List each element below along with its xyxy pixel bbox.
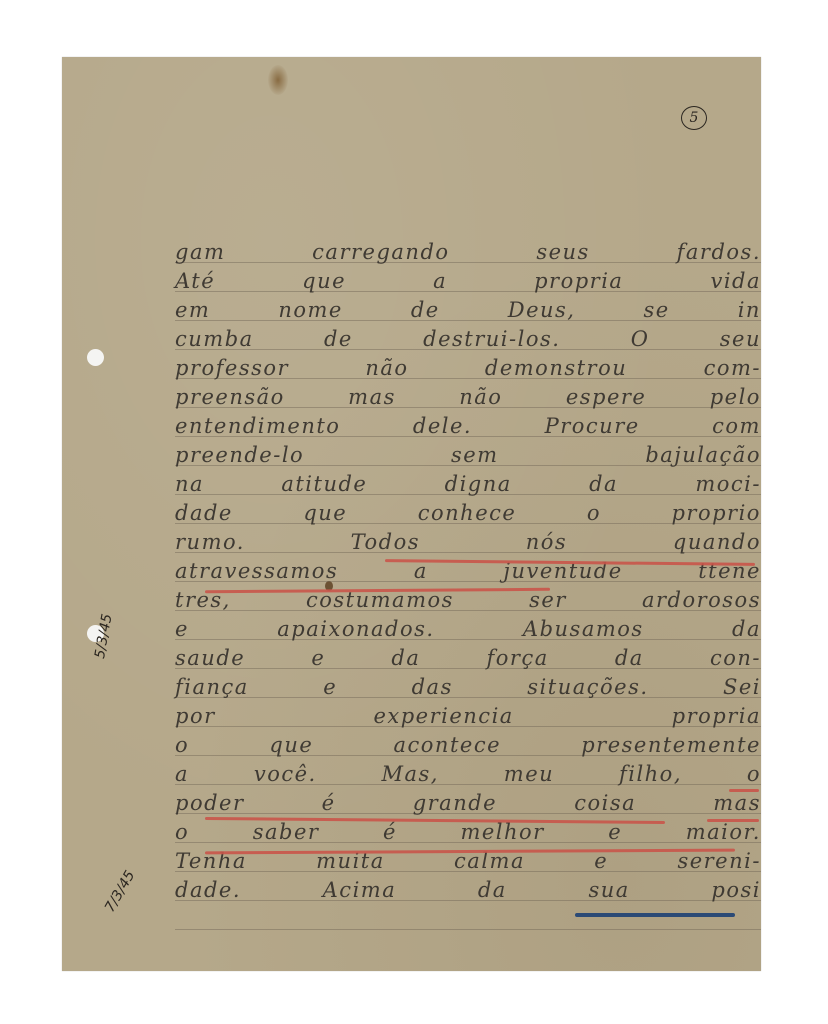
- text-line: preensãomasnãoesperepelo: [175, 380, 761, 409]
- word: e: [594, 849, 608, 873]
- word: quando: [673, 530, 761, 554]
- ruled-line: [175, 929, 761, 930]
- word: pelo: [710, 385, 761, 409]
- word: mas: [713, 791, 761, 815]
- stain-mark: [268, 65, 288, 95]
- word: saber: [253, 820, 320, 844]
- word: apaixonados.: [277, 617, 434, 641]
- text-line: avocê.Mas,meufilho,o: [175, 757, 761, 786]
- word: o: [587, 501, 601, 525]
- word: se: [643, 298, 669, 322]
- word: o: [747, 762, 761, 786]
- word: e: [311, 646, 325, 670]
- word: poder: [175, 791, 245, 815]
- text-line: gamcarregandoseusfardos.: [175, 235, 761, 264]
- word: carregando: [312, 240, 449, 264]
- word: saude: [175, 646, 245, 670]
- word: ser: [529, 588, 567, 612]
- word: espere: [566, 385, 647, 409]
- word: destrui-los.: [423, 327, 560, 351]
- word: Procure: [545, 414, 640, 438]
- word: experiencia: [373, 704, 513, 728]
- word: professor: [175, 356, 289, 380]
- text-line: emnomedeDeus,sein: [175, 293, 761, 322]
- word: da: [732, 617, 761, 641]
- word: das: [412, 675, 453, 699]
- blue-underline-posi: [575, 913, 735, 917]
- word: rumo.: [175, 530, 245, 554]
- text-line: dade.Acimadasuaposi: [175, 873, 761, 902]
- word: con-: [710, 646, 761, 670]
- word: grande: [413, 791, 497, 815]
- text-line: Atéqueapropriavida: [175, 264, 761, 293]
- word: Todos: [351, 530, 420, 554]
- word: é: [322, 791, 336, 815]
- word: Acima: [323, 878, 397, 902]
- word: dade: [175, 501, 233, 525]
- word: atitude: [281, 472, 367, 496]
- text-line: dadequeconheceoproprio: [175, 496, 761, 525]
- word: mas: [348, 385, 396, 409]
- word: nome: [278, 298, 343, 322]
- word: que: [269, 733, 313, 757]
- word: não: [459, 385, 502, 409]
- word: com-: [704, 356, 761, 380]
- text-line: tres,costumamosserardorosos: [175, 583, 761, 612]
- word: é: [383, 820, 397, 844]
- word: ardorosos: [642, 588, 761, 612]
- word: na: [175, 472, 204, 496]
- word: bajulação: [645, 443, 761, 467]
- word: e: [323, 675, 337, 699]
- word: o: [175, 820, 189, 844]
- word: não: [365, 356, 408, 380]
- word: de: [411, 298, 440, 322]
- word: coisa: [574, 791, 636, 815]
- word: dade.: [175, 878, 241, 902]
- word: entendimento: [175, 414, 340, 438]
- punch-hole-upper: [87, 349, 104, 366]
- word: da: [615, 646, 644, 670]
- word: o: [175, 733, 189, 757]
- word: fardos.: [677, 240, 761, 264]
- word: seus: [536, 240, 590, 264]
- margin-date-1: 5/3/45: [92, 613, 116, 660]
- word: a: [414, 559, 428, 583]
- word: da: [589, 472, 618, 496]
- red-underline-o: [729, 789, 759, 792]
- word: força: [486, 646, 548, 670]
- text-line: atravessamosajuventudettene: [175, 554, 761, 583]
- text-line: eapaixonados.Abusamosda: [175, 612, 761, 641]
- text-line: oqueacontecepresentemente: [175, 728, 761, 757]
- page-number: 5: [681, 106, 707, 130]
- text-line: poderégrandecoisamas: [175, 786, 761, 815]
- word: proprio: [671, 501, 760, 525]
- word: preende-lo: [175, 443, 304, 467]
- word: fiança: [175, 675, 249, 699]
- text-line: rumo.Todosnósquando: [175, 525, 761, 554]
- word: a: [175, 762, 189, 786]
- text-line: professornãodemonstroucom-: [175, 351, 761, 380]
- word: com: [712, 414, 761, 438]
- word: da: [478, 878, 507, 902]
- word: sem: [451, 443, 499, 467]
- text-line: porexperienciapropria: [175, 699, 761, 728]
- text-line: naatitudedignadamoci-: [175, 467, 761, 496]
- word: você.: [254, 762, 317, 786]
- word: moci-: [695, 472, 761, 496]
- word: Mas,: [382, 762, 439, 786]
- word: cumba: [175, 327, 254, 351]
- text-line: fiançaedassituações.Sei: [175, 670, 761, 699]
- word: preensão: [175, 385, 285, 409]
- word: da: [391, 646, 420, 670]
- word: situações.: [527, 675, 648, 699]
- word: seu: [720, 327, 761, 351]
- word: Sei: [723, 675, 761, 699]
- handwritten-letter-page: 5 gamcarregandoseusfardos.Atéqueapropria…: [62, 57, 761, 971]
- word: melhor: [460, 820, 544, 844]
- word: digna: [445, 472, 512, 496]
- word: sereni-: [677, 849, 761, 873]
- margin-date-2: 7/3/45: [102, 868, 138, 915]
- word: Abusamos: [523, 617, 644, 641]
- word: presentemente: [581, 733, 761, 757]
- word: que: [303, 501, 347, 525]
- word: O: [631, 327, 650, 351]
- text-line: preende-losembajulação: [175, 438, 761, 467]
- word: atravessamos: [175, 559, 338, 583]
- word: in: [738, 298, 761, 322]
- word: posi: [711, 878, 761, 902]
- text-line: cumbadedestrui-los.Oseu: [175, 322, 761, 351]
- word: a: [433, 269, 447, 293]
- word: maior.: [686, 820, 761, 844]
- word: que: [302, 269, 346, 293]
- text-line: saudeedaforçadacon-: [175, 641, 761, 670]
- word: filho,: [619, 762, 682, 786]
- word: de: [324, 327, 353, 351]
- word: em: [175, 298, 210, 322]
- word: propria: [672, 704, 761, 728]
- word: gam: [175, 240, 225, 264]
- word: vida: [710, 269, 761, 293]
- word: Deus,: [508, 298, 576, 322]
- word: nós: [526, 530, 567, 554]
- word: demonstrou: [485, 356, 627, 380]
- margin-date-2-text: 7/3/45: [102, 868, 138, 915]
- word: acontece: [394, 733, 502, 757]
- word: Até: [175, 269, 215, 293]
- word: por: [175, 704, 216, 728]
- word: meu: [504, 762, 554, 786]
- margin-date-1-text: 5/3/45: [92, 613, 116, 660]
- word: conhece: [418, 501, 517, 525]
- text-line: entendimentodele.Procurecom: [175, 409, 761, 438]
- word: propria: [534, 269, 623, 293]
- word: e: [175, 617, 189, 641]
- word: sua: [588, 878, 629, 902]
- red-underline-mas: [707, 819, 759, 822]
- word: dele.: [413, 414, 472, 438]
